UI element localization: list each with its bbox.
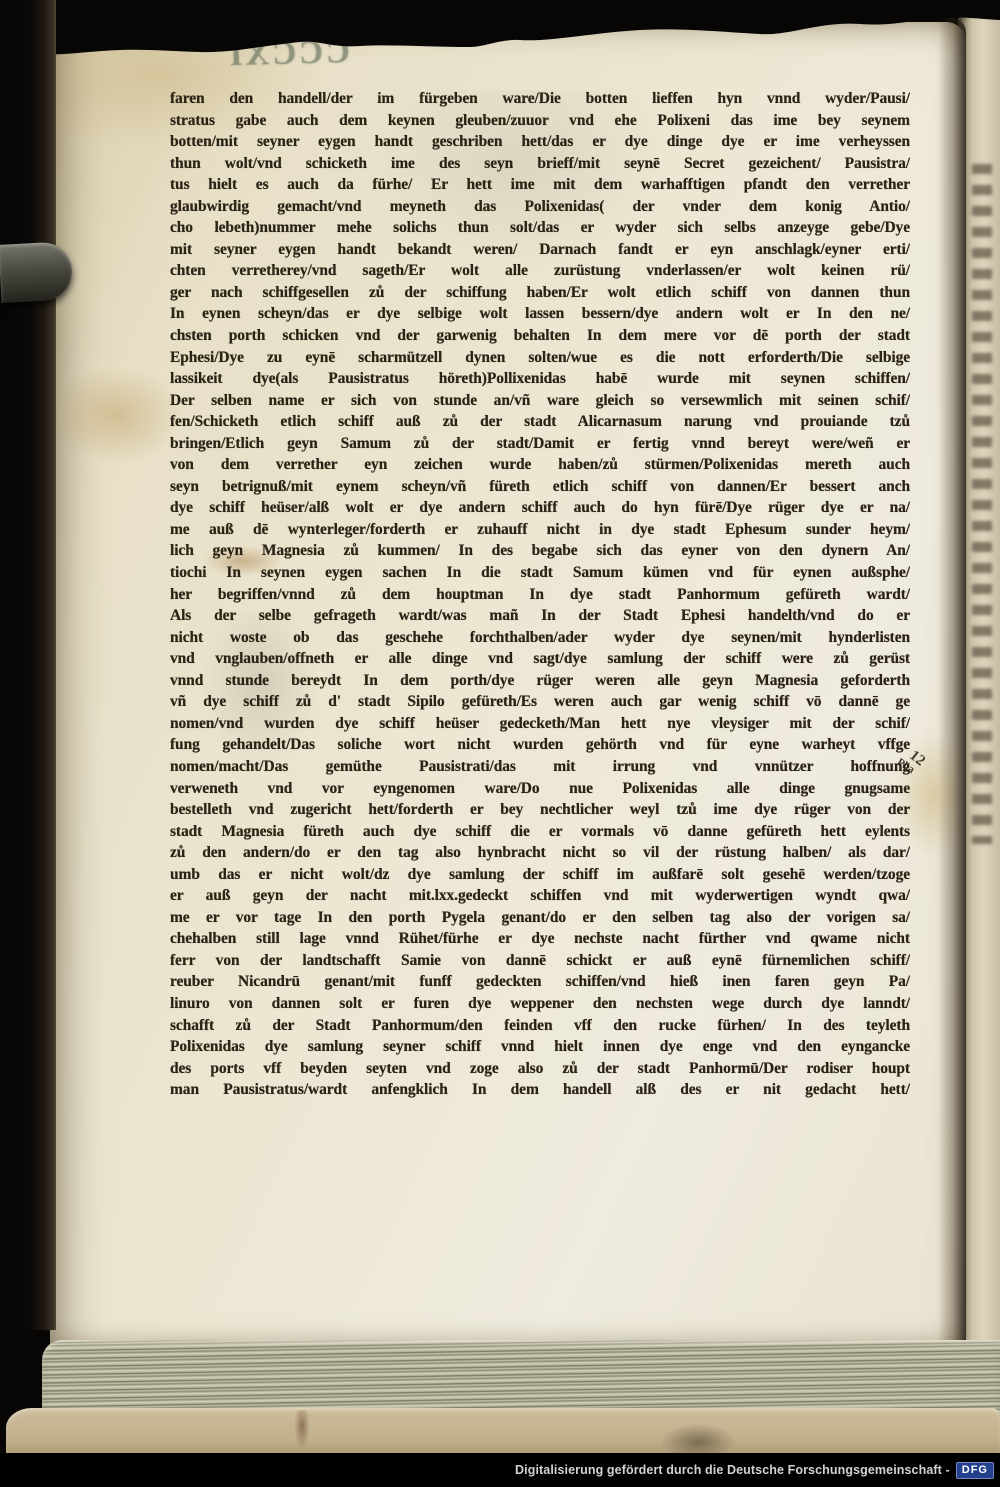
text-line: bringen/Etlich geyn Samum zů der stadt/D…: [170, 433, 910, 455]
book-cover-spine: [0, 0, 56, 1330]
text-line: vñ dye schiff zů d' stadt Sipilo gefüret…: [170, 691, 910, 713]
dfg-logo: DFG: [956, 1462, 994, 1479]
text-line: Als der selbe gefrageth wardt/was mañ In…: [170, 605, 910, 627]
text-line: nicht woste ob das geschehe forchthalben…: [170, 627, 910, 649]
text-block: faren den handell/der im fürgeben ware/D…: [170, 88, 910, 1101]
text-line: thun wolt/vnd schicketh ime des seyn bri…: [170, 153, 910, 175]
text-line: fen/Schicketh etlich schiff auß zů der s…: [170, 411, 910, 433]
text-line: me er vor tage In den porth Pygela genan…: [170, 907, 910, 929]
text-line: von dem verrether eyn zeichen wurde habe…: [170, 454, 910, 476]
text-line: botten/mit seyner eygen handt geschriben…: [170, 131, 910, 153]
text-line: glaubwirdig gemacht/vnd meyneth das Poli…: [170, 196, 910, 218]
text-line: tiochi In seynen eygen sachen In die sta…: [170, 562, 910, 584]
text-line: lassikeit dye(als Pausistratus höreth)Po…: [170, 368, 910, 390]
text-line: stadt Magnesia füreth auch dye schiff di…: [170, 821, 910, 843]
text-line: nomen/vnd wurden dye schiff heüser gedec…: [170, 713, 910, 735]
text-line: chsten porth schicken vnd der garwenig b…: [170, 325, 910, 347]
credit-bar: Digitalisierung gefördert durch die Deut…: [0, 1453, 1000, 1487]
text-line: her begriffen/vnnd zů dem houptman In dy…: [170, 584, 910, 606]
text-line: schafft zů der Stadt Panhormum/den feind…: [170, 1015, 910, 1037]
text-line: tus hielt es auch da fürhe/ Er hett ime …: [170, 174, 910, 196]
text-line: cho lebeth)nummer mehe solichs thun solt…: [170, 217, 910, 239]
text-line: seyn betrignuß/mit eynem scheyn/vñ füret…: [170, 476, 910, 498]
text-line: vnd vnglauben/offneth er alle dinge vnd …: [170, 648, 910, 670]
text-line: reuber Nicandrū genant/mit funff gedeckt…: [170, 971, 910, 993]
text-line: des ports vff beyden seyten vnd zoge als…: [170, 1058, 910, 1080]
text-line: faren den handell/der im fürgeben ware/D…: [170, 88, 910, 110]
text-line: ger nach schiffgesellen zů der schiffung…: [170, 282, 910, 304]
text-line: verweneth vnd vor eyngenomen ware/Do nue…: [170, 778, 910, 800]
text-line: linuro von dannen solt er furen dye wepp…: [170, 993, 910, 1015]
board-stain: [294, 1410, 310, 1450]
text-line: ferr von der landtschafft Samie von dann…: [170, 950, 910, 972]
text-line: mit seyner eygen handt bekandt weren/ Da…: [170, 239, 910, 261]
text-line: fung gehandelt/Das soliche wort nicht wu…: [170, 734, 910, 756]
text-line: In eynen scheyn/das er dye selbige wolt …: [170, 303, 910, 325]
text-line: stratus gabe auch dem keynen gleuben/zuu…: [170, 110, 910, 132]
text-line: dye schiff heüser/alß wolt er dye andern…: [170, 497, 910, 519]
next-page-blurred-text: [972, 164, 992, 844]
text-line: chten verretherey/vnd sageth/Er wolt all…: [170, 260, 910, 282]
text-line: zů den andern/do er den tag also hynbrac…: [170, 842, 910, 864]
credit-text: Digitalisierung gefördert durch die Deut…: [515, 1463, 950, 1477]
top-shadow-wave: [0, 0, 1000, 70]
page-crease-shadow: [938, 18, 966, 1350]
text-line: umb das er nicht wolt/dz dye samlung der…: [170, 864, 910, 886]
text-line: bestelleth vnd zugericht hett/forderth e…: [170, 799, 910, 821]
text-line: lich geyn Magnesia zů kummen/ In des beg…: [170, 540, 910, 562]
text-line: Polixenidas dye samlung seyner schiff vn…: [170, 1036, 910, 1058]
text-line: chehalben still lage vnnd Rühet/fürhe er…: [170, 928, 910, 950]
text-line: er auß geyn der nacht mit.lxx.gedeckt sc…: [170, 885, 910, 907]
text-line: Der selben name er sich von stunde an/vñ…: [170, 390, 910, 412]
text-line: man Pausistratus/wardt anfengklich In de…: [170, 1079, 910, 1101]
book-scan: CCCXI faren den handell/der im fürgeben …: [0, 0, 1000, 1487]
text-line: nomen/macht/Das gemüthe Pausistrati/das …: [170, 756, 910, 778]
text-line: vnnd stunde bereydt In dem porth/dye rüg…: [170, 670, 910, 692]
text-line: Ephesi/Dye zu eynē scharmützell dynen so…: [170, 347, 910, 369]
text-line: me auß dē wynterleger/forderth er zuhauf…: [170, 519, 910, 541]
